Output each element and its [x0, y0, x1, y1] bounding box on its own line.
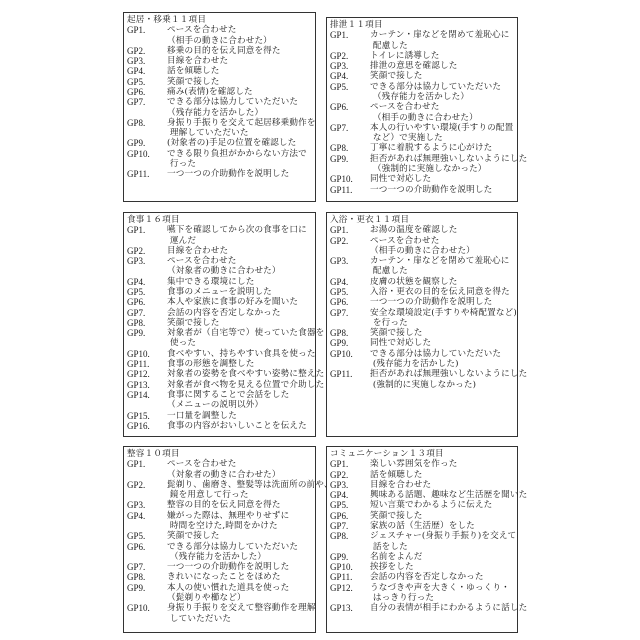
- list-item: （残存能力を活かした）: [330, 92, 514, 102]
- item-text: ペースを合わせた: [167, 256, 312, 266]
- item-code: [330, 318, 370, 328]
- list-item: 使った: [127, 338, 312, 348]
- item-code: GP8.: [127, 318, 167, 328]
- list-item: など）で実施した: [330, 133, 514, 143]
- item-code: GP13.: [127, 380, 167, 390]
- list-item: GP1.カーテン・扉などを閉めて羞恥心に: [330, 30, 514, 40]
- item-text: していただいた: [167, 614, 312, 624]
- item-text: （相手の動きに合わせた）: [370, 246, 514, 256]
- list-item: GP10.食べやすい、持ちやすい食具を使った: [127, 349, 312, 359]
- list-item: していただいた: [127, 614, 312, 624]
- item-code: GP10.: [330, 562, 370, 572]
- item-text: （相手の動きに合わせた）: [370, 113, 514, 123]
- section-box-bathing: 入浴・更衣１１項目GP1.お湯の温度を確認したGP2.ペースを合わせた（相手の動…: [326, 212, 518, 437]
- list-item: （メニューの説明以外）: [127, 400, 312, 410]
- item-text: 本人の使い慣れた道具を使った: [167, 583, 312, 593]
- list-item: GP1.お湯の温度を確認した: [330, 225, 514, 235]
- list-item: GP6.一つ一つの介助動作を説明した: [330, 297, 514, 307]
- item-text: 行った: [167, 159, 312, 169]
- list-item: GP10.身振り手振りを交えて整容動作を理解: [127, 603, 312, 613]
- item-text: 使った: [167, 338, 312, 348]
- item-code: GP7.: [330, 521, 370, 531]
- item-code: GP5.: [330, 287, 370, 297]
- item-code: GP10.: [127, 349, 167, 359]
- list-item: （髭剃りや櫛など）: [127, 593, 312, 603]
- item-code: GP3.: [127, 256, 167, 266]
- item-text: 拒否があれば無理強いしないようにした: [370, 154, 527, 164]
- item-code: [330, 164, 370, 174]
- item-text: 丁寧に着脱するように心がけた: [370, 143, 514, 153]
- item-text: お湯の温度を確認した: [370, 225, 514, 235]
- list-item: を行った: [330, 318, 514, 328]
- list-item: 運んだ: [127, 236, 312, 246]
- item-text: 会話の内容を否定しなかった: [370, 572, 514, 582]
- list-item: GP2.移乗の目的を伝え同意を得た: [127, 46, 312, 56]
- item-text: 一口量を調整した: [167, 411, 312, 421]
- section-title: 整容１０項目: [127, 449, 312, 459]
- item-text: 配慮した: [370, 266, 514, 276]
- list-item: 配慮した: [330, 266, 514, 276]
- item-code: GP10.: [127, 149, 167, 159]
- item-text: できる部分は協力していただいた: [370, 82, 514, 92]
- list-item: GP9.名前をよんだ: [330, 552, 514, 562]
- list-item: GP4.興味ある話題、趣味など生活歴を聞いた: [330, 490, 514, 500]
- item-text: 食事に関することで会話をした: [167, 390, 312, 400]
- item-text: 痛み(表情)を確認した: [167, 87, 312, 97]
- item-text: 笑顔で接した: [370, 71, 514, 81]
- item-code: [127, 521, 167, 531]
- section-title: 起居・移乗１１項目: [127, 15, 312, 25]
- item-text: （残存能力を活かした）: [167, 552, 312, 562]
- item-code: GP11.: [127, 169, 167, 179]
- list-item: GP6.笑顔で接した: [330, 511, 514, 521]
- item-code: GP4.: [127, 511, 167, 521]
- list-item: GP6.痛み(表情)を確認した: [127, 87, 312, 97]
- item-code: [127, 593, 167, 603]
- item-code: GP1.: [330, 459, 370, 469]
- list-item: はっきり行った: [330, 593, 514, 603]
- section-box-excretion: 排泄１１項目GP1.カーテン・扉などを閉めて羞恥心に 配慮したGP2.トイレに誘…: [326, 17, 518, 202]
- item-text: 食事のメニューを説明した: [167, 287, 312, 297]
- item-code: GP8.: [330, 531, 370, 541]
- item-text: 同性で対応した: [370, 338, 514, 348]
- item-code: GP2.: [330, 470, 370, 480]
- item-text: 対象者が（自宅等で）使っていた食器を: [167, 328, 324, 338]
- item-code: GP3.: [330, 61, 370, 71]
- item-text: 髭剃り、歯磨き、整髪等は洗面所の前や、: [167, 480, 333, 490]
- item-code: GP11.: [330, 185, 370, 195]
- item-text: ペースを合わせた: [370, 102, 514, 112]
- item-text: うなづきや声を大きく・ゆっくり・: [370, 583, 514, 593]
- item-text: はっきり行った: [370, 593, 514, 603]
- item-text: 笑顔で接した: [167, 318, 312, 328]
- item-text: 鏡を用意して行った: [167, 490, 312, 500]
- list-item: GP1.ペースを合わせた: [127, 25, 312, 35]
- list-item: （強制的に実施しなかった）: [330, 164, 514, 174]
- item-code: GP5.: [127, 287, 167, 297]
- item-text: 話を傾聴した: [370, 470, 514, 480]
- item-code: GP10.: [330, 349, 370, 359]
- item-code: [330, 359, 370, 369]
- item-code: [330, 542, 370, 552]
- list-item: GP3.目線を合わせた: [330, 480, 514, 490]
- item-code: GP4.: [127, 277, 167, 287]
- item-code: GP8.: [127, 572, 167, 582]
- item-text: 対象者の姿勢を食べやすい姿勢に整えた: [167, 369, 324, 379]
- item-text: （メニューの説明以外）: [167, 400, 312, 410]
- item-code: GP16.: [127, 421, 167, 431]
- item-code: [127, 552, 167, 562]
- item-text: 本人や家族に食事の好みを聞いた: [167, 297, 312, 307]
- list-item: GP3.ペースを合わせた: [127, 256, 312, 266]
- list-item: GP5.短い言葉でわかるように伝えた: [330, 500, 514, 510]
- item-text: ペースを合わせた: [370, 236, 514, 246]
- section-box-grooming: 整容１０項目GP1.ペースを合わせた（対象者の動きに合わせた）GP2.髭剃り、歯…: [123, 446, 316, 633]
- section-box-meal: 食事１６項目GP1.嚥下を確認してから次の食事を口に 運んだGP2.目線を合わせ…: [123, 212, 316, 437]
- item-text: 一つ一つの介助動作を説明した: [167, 562, 312, 572]
- item-text: 身振り手振りを交えて起居移乗動作を: [167, 118, 316, 128]
- item-code: GP7.: [127, 308, 167, 318]
- item-code: GP1.: [330, 30, 370, 40]
- item-text: （髭剃りや櫛など）: [167, 593, 312, 603]
- list-item: GP11.拒否があれば無理強いしないようにした: [330, 369, 514, 379]
- item-code: GP10.: [127, 603, 167, 613]
- item-text: ジェスチャー(身振り手振り)を交えて: [370, 531, 516, 541]
- item-text: 移乗の目的を伝え同意を得た: [167, 46, 312, 56]
- item-code: [330, 380, 370, 390]
- item-text: きれいになったことをほめた: [167, 572, 312, 582]
- list-item: GP15.一口量を調整した: [127, 411, 312, 421]
- item-text: 整容の目的を伝え同意を得た: [167, 500, 312, 510]
- item-text: など）で実施した: [370, 133, 514, 143]
- item-code: GP9.: [127, 138, 167, 148]
- section-title: 食事１６項目: [127, 215, 312, 225]
- item-code: GP1.: [127, 459, 167, 469]
- list-item: 配慮した: [330, 41, 514, 51]
- list-item: GP5.笑顔で接した: [127, 77, 312, 87]
- item-text: 食事の内容がおいしいことを伝えた: [167, 421, 312, 431]
- item-text: 同性で対応した: [370, 174, 514, 184]
- section-title: コミュニケーション１３項目: [330, 449, 514, 459]
- item-text: カーテン・扉などを閉めて羞恥心に: [370, 30, 514, 40]
- item-text: ペースを合わせた: [167, 25, 312, 35]
- item-text: 配慮した: [370, 41, 514, 51]
- item-code: GP8.: [127, 118, 167, 128]
- item-text: ペースを合わせた: [167, 459, 312, 469]
- item-text: 安全な環境設定(手すりや椅配置など): [370, 308, 517, 318]
- item-code: GP6.: [127, 87, 167, 97]
- item-code: GP7.: [127, 562, 167, 572]
- item-text: （残存能力を活かした）: [167, 108, 312, 118]
- section-box-transfer: 起居・移乗１１項目GP1.ペースを合わせた（相手の動きに合わせた）GP2.移乗の…: [123, 12, 316, 202]
- item-code: GP9.: [127, 328, 167, 338]
- item-text: 時間を空けた,時間をかけた: [167, 521, 312, 531]
- item-text: 家族の話（生活歴）をした: [370, 521, 514, 531]
- item-text: 嫌がった際は、無理やりせずに: [167, 511, 312, 521]
- list-item: GP8.きれいになったことをほめた: [127, 572, 312, 582]
- item-code: GP7.: [330, 308, 370, 318]
- item-code: GP6.: [127, 542, 167, 552]
- item-code: [127, 490, 167, 500]
- item-code: GP11.: [330, 572, 370, 582]
- list-item: GP6.本人や家族に食事の好みを聞いた: [127, 297, 312, 307]
- item-text: 一つ一つの介助動作を説明した: [370, 185, 514, 195]
- item-text: （相手の動きに合わせた）: [167, 36, 312, 46]
- list-item: （残存能力を活かした）: [127, 552, 312, 562]
- item-code: GP7.: [330, 123, 370, 133]
- item-code: GP12.: [330, 583, 370, 593]
- list-item: GP9.本人の使い慣れた道具を使った: [127, 583, 312, 593]
- item-text: （対象者の動きに合わせた）: [167, 470, 312, 480]
- section-box-communication: コミュニケーション１３項目GP1.楽しい雰囲気を作ったGP2.話を傾聴したGP3…: [326, 446, 518, 633]
- item-text: 会話の内容を否定しなかった: [167, 308, 312, 318]
- item-code: GP15.: [127, 411, 167, 421]
- item-text: 食事の形態を調整した: [167, 359, 312, 369]
- item-code: GP14.: [127, 390, 167, 400]
- item-text: できる限り負担がかからない方法で: [167, 149, 312, 159]
- item-code: GP6.: [330, 297, 370, 307]
- list-item: GP4.話を傾聴した: [127, 66, 312, 76]
- list-item: GP5.笑顔で接した: [127, 531, 312, 541]
- list-item: GP6.ペースを合わせた: [330, 102, 514, 112]
- item-text: 身振り手振りを交えて整容動作を理解: [167, 603, 316, 613]
- item-code: [127, 36, 167, 46]
- list-item: GP11.会話の内容を否定しなかった: [330, 572, 514, 582]
- item-code: GP12.: [127, 369, 167, 379]
- list-item: （相手の動きに合わせた）: [127, 36, 312, 46]
- item-code: GP9.: [330, 552, 370, 562]
- list-item: GP3.排泄の意思を確認した: [330, 61, 514, 71]
- item-code: GP7.: [127, 97, 167, 107]
- item-text: (対象者の)手足の位置を確認した: [167, 138, 312, 148]
- item-text: 入浴・更衣の目的を伝え同意を得た: [370, 287, 514, 297]
- item-text: 皮膚の状態を観察した: [370, 277, 514, 287]
- list-item: GP13.自分の表情が相手にわかるように話した: [330, 603, 514, 613]
- list-item: （残存能力を活かした）: [127, 108, 312, 118]
- item-text: 運んだ: [167, 236, 312, 246]
- list-item: GP3.整容の目的を伝え同意を得た: [127, 500, 312, 510]
- list-item: GP10.できる部分は協力していただいた: [330, 349, 514, 359]
- list-item: GP1.楽しい雰囲気を作った: [330, 459, 514, 469]
- item-code: GP9.: [330, 338, 370, 348]
- list-item: GP12.対象者の姿勢を食べやすい姿勢に整えた: [127, 369, 312, 379]
- item-text: 笑顔で接した: [167, 531, 312, 541]
- list-item: GP7.一つ一つの介助動作を説明した: [127, 562, 312, 572]
- list-item: GP9.対象者が（自宅等で）使っていた食器を: [127, 328, 312, 338]
- item-text: (残存能力を活かした): [370, 359, 514, 369]
- item-code: GP1.: [127, 25, 167, 35]
- item-code: [127, 400, 167, 410]
- item-text: 拒否があれば無理強いしないようにした: [370, 369, 527, 379]
- list-item: GP7.家族の話（生活歴）をした: [330, 521, 514, 531]
- list-item: GP16.食事の内容がおいしいことを伝えた: [127, 421, 312, 431]
- item-code: GP6.: [330, 102, 370, 112]
- list-item: GP13.対象者が食べ物を見える位置で介助した: [127, 380, 312, 390]
- list-item: GP8.笑顔で接した: [330, 328, 514, 338]
- list-item: （相手の動きに合わせた）: [330, 113, 514, 123]
- item-text: 楽しい雰囲気を作った: [370, 459, 514, 469]
- item-code: GP3.: [330, 256, 370, 266]
- item-code: [127, 128, 167, 138]
- item-text: できる部分は協力していただいた: [370, 349, 514, 359]
- item-text: 集中できる環境にした: [167, 277, 312, 287]
- section-title: 排泄１１項目: [330, 20, 514, 30]
- list-item: GP10.できる限り負担がかからない方法で: [127, 149, 312, 159]
- item-text: できる部分は協力していただいた: [167, 97, 312, 107]
- item-text: トイレに誘導した: [370, 51, 514, 61]
- item-text: 一つ一つの介助動作を説明した: [370, 297, 514, 307]
- item-code: GP10.: [330, 174, 370, 184]
- item-code: GP1.: [330, 225, 370, 235]
- list-item: GP4.集中できる環境にした: [127, 277, 312, 287]
- list-item: GP3.カーテン・扉などを閉めて羞恥心に: [330, 256, 514, 266]
- list-item: GP7.会話の内容を否定しなかった: [127, 308, 312, 318]
- item-code: GP11.: [127, 359, 167, 369]
- item-code: GP8.: [330, 328, 370, 338]
- list-item: GP6.できる部分は協力していただいた: [127, 542, 312, 552]
- list-item: GP4.皮膚の状態を観察した: [330, 277, 514, 287]
- item-text: 名前をよんだ: [370, 552, 514, 562]
- item-code: GP4.: [127, 66, 167, 76]
- list-item: GP9.(対象者の)手足の位置を確認した: [127, 138, 312, 148]
- list-item: （対象者の動きに合わせた）: [127, 470, 312, 480]
- item-code: [127, 338, 167, 348]
- item-code: GP5.: [330, 500, 370, 510]
- list-item: GP2.話を傾聴した: [330, 470, 514, 480]
- item-text: 本人の行いやすい環境(手すりの配置: [370, 123, 514, 133]
- item-code: GP1.: [127, 225, 167, 235]
- item-text: カーテン・扉などを閉めて羞恥心に: [370, 256, 514, 266]
- item-code: GP2.: [127, 246, 167, 256]
- item-code: GP3.: [330, 480, 370, 490]
- item-code: [330, 92, 370, 102]
- item-code: GP2.: [127, 46, 167, 56]
- list-item: GP5.できる部分は協力していただいた: [330, 82, 514, 92]
- item-code: GP4.: [330, 71, 370, 81]
- list-item: GP11.食事の形態を調整した: [127, 359, 312, 369]
- item-text: 自分の表情が相手にわかるように話した: [370, 603, 527, 613]
- list-item: GP4.嫌がった際は、無理やりせずに: [127, 511, 312, 521]
- item-code: [330, 41, 370, 51]
- item-text: 笑顔で接した: [370, 511, 514, 521]
- list-item: GP11.一つ一つの介助動作を説明した: [127, 169, 312, 179]
- list-item: 鏡を用意して行った: [127, 490, 312, 500]
- item-text: 笑顔で接した: [167, 77, 312, 87]
- item-code: [127, 614, 167, 624]
- list-item: GP5.入浴・更衣の目的を伝え同意を得た: [330, 287, 514, 297]
- list-item: GP7.本人の行いやすい環境(手すりの配置: [330, 123, 514, 133]
- item-text: できる部分は協力していただいた: [167, 542, 312, 552]
- item-text: 笑顔で接した: [370, 328, 514, 338]
- item-text: 排泄の意思を確認した: [370, 61, 514, 71]
- item-text: 目線を合わせた: [167, 56, 312, 66]
- list-item: GP7.できる部分は協力していただいた: [127, 97, 312, 107]
- item-code: [127, 236, 167, 246]
- item-code: GP9.: [330, 154, 370, 164]
- list-item: 時間を空けた,時間をかけた: [127, 521, 312, 531]
- item-code: GP4.: [330, 277, 370, 287]
- item-text: 話を傾聴した: [167, 66, 312, 76]
- item-text: （対象者の動きに合わせた）: [167, 266, 312, 276]
- list-item: GP2.ペースを合わせた: [330, 236, 514, 246]
- list-item: GP10.挨拶をした: [330, 562, 514, 572]
- list-item: GP1.嚥下を確認してから次の食事を口に: [127, 225, 312, 235]
- item-text: 話をした: [370, 542, 514, 552]
- item-code: GP11.: [330, 369, 370, 379]
- item-code: [330, 246, 370, 256]
- item-code: GP13.: [330, 603, 370, 613]
- section-title: 入浴・更衣１１項目: [330, 215, 514, 225]
- item-code: [330, 133, 370, 143]
- item-text: （残存能力を活かした）: [370, 92, 514, 102]
- list-item: GP8.丁寧に着脱するように心がけた: [330, 143, 514, 153]
- item-code: [127, 470, 167, 480]
- list-item: GP1.ペースを合わせた: [127, 459, 312, 469]
- list-item: GP8.笑顔で接した: [127, 318, 312, 328]
- item-code: GP5.: [127, 77, 167, 87]
- list-item: GP7.安全な環境設定(手すりや椅配置など): [330, 308, 514, 318]
- list-item: 理解していただいた: [127, 128, 312, 138]
- list-item: (強制的に実施しなかった): [330, 380, 514, 390]
- item-code: [330, 113, 370, 123]
- list-item: GP5.食事のメニューを説明した: [127, 287, 312, 297]
- list-item: GP2.髭剃り、歯磨き、整髪等は洗面所の前や、: [127, 480, 312, 490]
- list-item: （相手の動きに合わせた）: [330, 246, 514, 256]
- item-text: 短い言葉でわかるように伝えた: [370, 500, 514, 510]
- list-item: GP11.一つ一つの介助動作を説明した: [330, 185, 514, 195]
- item-text: 対象者が食べ物を見える位置で介助した: [167, 380, 324, 390]
- item-text: (強制的に実施しなかった): [370, 380, 514, 390]
- item-code: GP4.: [330, 490, 370, 500]
- item-code: GP6.: [127, 297, 167, 307]
- list-item: (残存能力を活かした): [330, 359, 514, 369]
- list-item: 行った: [127, 159, 312, 169]
- item-code: [127, 108, 167, 118]
- list-item: GP4.笑顔で接した: [330, 71, 514, 81]
- item-code: GP3.: [127, 500, 167, 510]
- item-text: 挨拶をした: [370, 562, 514, 572]
- item-code: GP5.: [127, 531, 167, 541]
- list-item: GP9.拒否があれば無理強いしないようにした: [330, 154, 514, 164]
- item-text: 嚥下を確認してから次の食事を口に: [167, 225, 312, 235]
- list-item: GP10.同性で対応した: [330, 174, 514, 184]
- list-item: GP2.トイレに誘導した: [330, 51, 514, 61]
- list-item: GP12.うなづきや声を大きく・ゆっくり・: [330, 583, 514, 593]
- list-item: GP8.ジェスチャー(身振り手振り)を交えて: [330, 531, 514, 541]
- item-text: 理解していただいた: [167, 128, 312, 138]
- item-code: [330, 266, 370, 276]
- list-item: GP2.目線を合わせた: [127, 246, 312, 256]
- item-code: GP2.: [127, 480, 167, 490]
- list-item: GP8.身振り手振りを交えて起居移乗動作を: [127, 118, 312, 128]
- list-item: GP14.食事に関することで会話をした: [127, 390, 312, 400]
- item-code: GP2.: [330, 236, 370, 246]
- item-code: GP5.: [330, 82, 370, 92]
- item-code: [127, 266, 167, 276]
- item-text: 目線を合わせた: [167, 246, 312, 256]
- list-item: GP9.同性で対応した: [330, 338, 514, 348]
- list-item: 話をした: [330, 542, 514, 552]
- list-item: （対象者の動きに合わせた）: [127, 266, 312, 276]
- item-text: 食べやすい、持ちやすい食具を使った: [167, 349, 316, 359]
- item-text: 目線を合わせた: [370, 480, 514, 490]
- item-code: GP2.: [330, 51, 370, 61]
- item-code: GP3.: [127, 56, 167, 66]
- item-text: 興味ある話題、趣味など生活歴を聞いた: [370, 490, 527, 500]
- item-code: [127, 159, 167, 169]
- item-code: GP6.: [330, 511, 370, 521]
- item-text: を行った: [370, 318, 514, 328]
